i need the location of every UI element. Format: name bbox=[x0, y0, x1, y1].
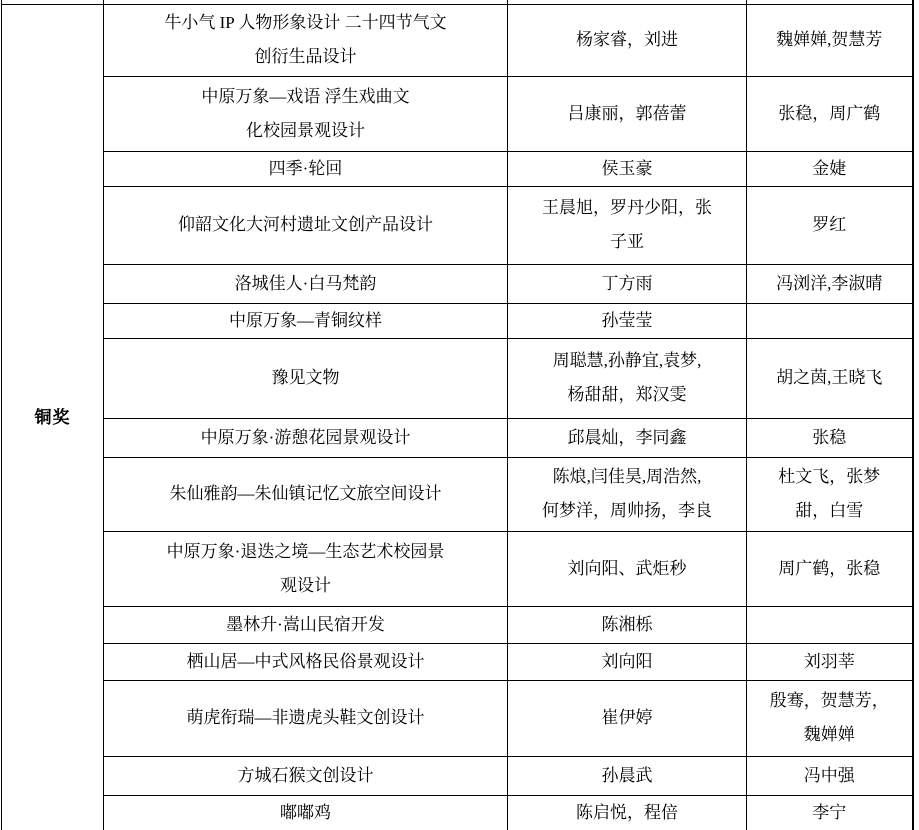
table-row: 仰韶文化大河村遗址文创产品设计王晨旭，罗丹少阳，张 子亚罗红 bbox=[2, 186, 913, 264]
document-page: 铜奖牛小气 IP 人物形象设计 二十四节气文 创衍生品设计杨家睿，刘进魏婵婵,贺… bbox=[0, 0, 919, 830]
authors-cell: 陈烺,闫佳昊,周浩然, 何梦洋，周帅扬，李良 bbox=[508, 457, 747, 531]
advisors-cell: 周广鹤，张稳 bbox=[747, 531, 913, 606]
work-cell: 方城石猴文创设计 bbox=[104, 756, 508, 795]
table-row: 中原万象·退迭之境—生态艺术校园景 观设计刘向阳、武炬秒周广鹤，张稳 bbox=[2, 531, 913, 606]
authors-cell: 孙莹莹 bbox=[508, 303, 747, 338]
table-row: 栖山居—中式风格民俗景观设计刘向阳刘羽莘 bbox=[2, 643, 913, 680]
authors-cell: 陈湘栎 bbox=[508, 606, 747, 643]
authors-cell: 邱晨灿，李同鑫 bbox=[508, 418, 747, 457]
authors-cell: 周聪慧,孙静宜,袁梦, 杨甜甜，郑汉雯 bbox=[508, 338, 747, 418]
table-row: 朱仙雅韵—朱仙镇记忆文旅空间设计陈烺,闫佳昊,周浩然, 何梦洋，周帅扬，李良杜文… bbox=[2, 457, 913, 531]
authors-cell: 陈启悦，程倍 bbox=[508, 795, 747, 830]
work-cell: 洛城佳人·白马梵韵 bbox=[104, 264, 508, 303]
work-cell: 仰韶文化大河村遗址文创产品设计 bbox=[104, 186, 508, 264]
authors-cell: 侯玉豪 bbox=[508, 151, 747, 186]
work-cell: 墨林升·嵩山民宿开发 bbox=[104, 606, 508, 643]
table-row: 中原万象·游憩花园景观设计邱晨灿，李同鑫张稳 bbox=[2, 418, 913, 457]
work-cell: 朱仙雅韵—朱仙镇记忆文旅空间设计 bbox=[104, 457, 508, 531]
work-cell: 栖山居—中式风格民俗景观设计 bbox=[104, 643, 508, 680]
advisors-cell: 刘羽莘 bbox=[747, 643, 913, 680]
work-cell: 中原万象—青铜纹样 bbox=[104, 303, 508, 338]
advisors-cell bbox=[747, 303, 913, 338]
table-row: 洛城佳人·白马梵韵丁方雨冯浏洋,李淑晴 bbox=[2, 264, 913, 303]
table-row: 铜奖牛小气 IP 人物形象设计 二十四节气文 创衍生品设计杨家睿，刘进魏婵婵,贺… bbox=[2, 4, 913, 76]
advisors-cell bbox=[747, 606, 913, 643]
work-cell: 四季·轮回 bbox=[104, 151, 508, 186]
table-row: 嘟嘟鸡陈启悦，程倍李宁 bbox=[2, 795, 913, 830]
table-row: 中原万象—戏语 浮生戏曲文 化校园景观设计吕康丽，郭蓓蕾张稳，周广鹤 bbox=[2, 76, 913, 151]
advisors-cell: 杜文飞，张梦 甜，白雪 bbox=[747, 457, 913, 531]
advisors-cell: 殷骞，贺慧芳， 魏婵婵 bbox=[747, 680, 913, 756]
work-cell: 中原万象—戏语 浮生戏曲文 化校园景观设计 bbox=[104, 76, 508, 151]
authors-cell: 崔伊婷 bbox=[508, 680, 747, 756]
awards-table: 铜奖牛小气 IP 人物形象设计 二十四节气文 创衍生品设计杨家睿，刘进魏婵婵,贺… bbox=[1, 0, 914, 830]
work-cell: 萌虎衔瑞—非遗虎头鞋文创设计 bbox=[104, 680, 508, 756]
advisors-cell: 李宁 bbox=[747, 795, 913, 830]
work-cell: 牛小气 IP 人物形象设计 二十四节气文 创衍生品设计 bbox=[104, 4, 508, 76]
advisors-cell: 张稳 bbox=[747, 418, 913, 457]
table-row: 墨林升·嵩山民宿开发陈湘栎 bbox=[2, 606, 913, 643]
authors-cell: 王晨旭，罗丹少阳，张 子亚 bbox=[508, 186, 747, 264]
awards-table-body: 铜奖牛小气 IP 人物形象设计 二十四节气文 创衍生品设计杨家睿，刘进魏婵婵,贺… bbox=[2, 0, 913, 830]
authors-cell: 刘向阳 bbox=[508, 643, 747, 680]
authors-cell: 刘向阳、武炬秒 bbox=[508, 531, 747, 606]
advisors-cell: 魏婵婵,贺慧芳 bbox=[747, 4, 913, 76]
work-cell: 中原万象·退迭之境—生态艺术校园景 观设计 bbox=[104, 531, 508, 606]
authors-cell: 吕康丽，郭蓓蕾 bbox=[508, 76, 747, 151]
advisors-cell: 冯中强 bbox=[747, 756, 913, 795]
authors-cell: 孙晨武 bbox=[508, 756, 747, 795]
table-row: 豫见文物周聪慧,孙静宜,袁梦, 杨甜甜，郑汉雯胡之茵,王晓飞 bbox=[2, 338, 913, 418]
authors-cell: 杨家睿，刘进 bbox=[508, 4, 747, 76]
advisors-cell: 金婕 bbox=[747, 151, 913, 186]
authors-cell: 丁方雨 bbox=[508, 264, 747, 303]
table-row: 萌虎衔瑞—非遗虎头鞋文创设计崔伊婷殷骞，贺慧芳， 魏婵婵 bbox=[2, 680, 913, 756]
work-cell: 嘟嘟鸡 bbox=[104, 795, 508, 830]
table-row: 中原万象—青铜纹样孙莹莹 bbox=[2, 303, 913, 338]
advisors-cell: 张稳，周广鹤 bbox=[747, 76, 913, 151]
work-cell: 豫见文物 bbox=[104, 338, 508, 418]
advisors-cell: 罗红 bbox=[747, 186, 913, 264]
table-row: 方城石猴文创设计孙晨武冯中强 bbox=[2, 756, 913, 795]
advisors-cell: 冯浏洋,李淑晴 bbox=[747, 264, 913, 303]
advisors-cell: 胡之茵,王晓飞 bbox=[747, 338, 913, 418]
award-category-cell: 铜奖 bbox=[2, 4, 104, 830]
work-cell: 中原万象·游憩花园景观设计 bbox=[104, 418, 508, 457]
table-row: 四季·轮回侯玉豪金婕 bbox=[2, 151, 913, 186]
